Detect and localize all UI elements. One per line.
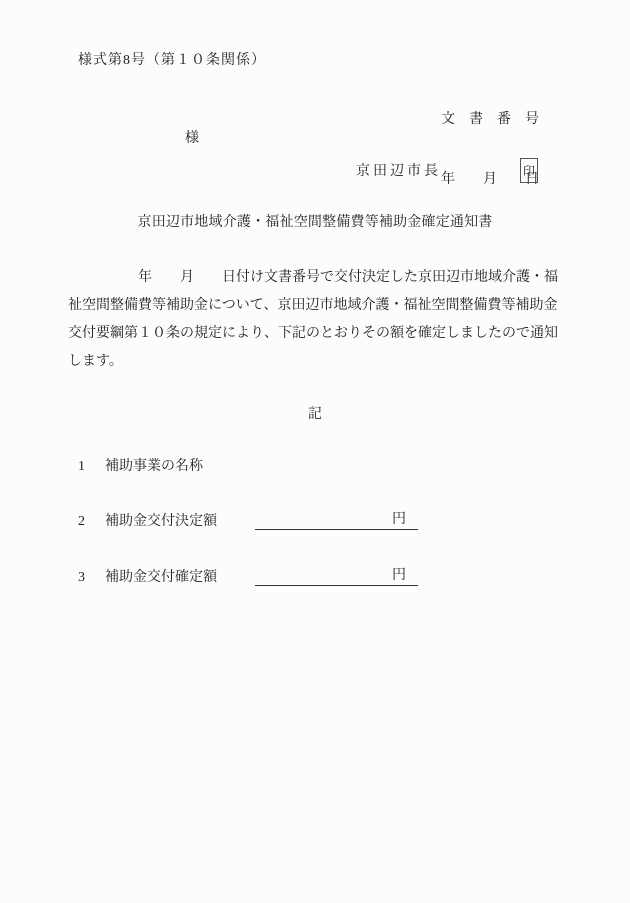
record-marker: 記 — [0, 403, 630, 423]
seal-box: 印 — [520, 158, 538, 183]
item-number: 3 — [78, 570, 105, 586]
item-number: 1 — [78, 459, 105, 475]
document-title: 京田辺市地域介護・福祉空間整備費等補助金確定通知書 — [0, 211, 630, 231]
body-paragraph: 年 月 日付け文書番号で交付決定した京田辺市地域介護・福 祉空間整備費等補助金に… — [68, 264, 580, 376]
body-line-3: 交付要綱第１０条の規定により、下記のとおりその額を確定しましたので通知 — [68, 320, 580, 348]
item-grant-confirmed-amount: 3補助金交付確定額円 — [78, 566, 418, 588]
item-label: 補助金交付確定額 — [105, 566, 217, 586]
document-page: 様式第8号（第１０条関係） 文 書 番 号 年 月 日 様 京田辺市長 印 京田… — [0, 0, 630, 903]
decided-amount-blank-field[interactable]: 円 — [255, 510, 418, 530]
form-number: 様式第8号（第１０条関係） — [78, 49, 266, 69]
doc-number-block: 文 書 番 号 年 月 日 — [441, 70, 539, 230]
body-line-2: 祉空間整備費等補助金について、京田辺市地域介護・福祉空間整備費等補助金 — [68, 292, 580, 320]
item-grant-decided-amount: 2補助金交付決定額円 — [78, 510, 418, 532]
item-number: 2 — [78, 514, 105, 530]
body-line-4: します。 — [68, 348, 580, 376]
sender-title: 京田辺市長 — [356, 160, 441, 180]
item-project-name: 1補助事業の名称 — [78, 455, 217, 477]
doc-number-label: 文 書 番 号 — [441, 110, 539, 130]
unit-label: 円 — [392, 568, 406, 583]
confirmed-amount-blank-field[interactable]: 円 — [255, 566, 418, 586]
addressee-honorific: 様 — [185, 127, 199, 147]
item-label: 補助事業の名称 — [105, 455, 217, 475]
seal-character: 印 — [523, 162, 535, 179]
unit-label: 円 — [392, 512, 406, 527]
item-label: 補助金交付決定額 — [105, 510, 217, 530]
body-line-1: 年 月 日付け文書番号で交付決定した京田辺市地域介護・福 — [68, 264, 580, 292]
